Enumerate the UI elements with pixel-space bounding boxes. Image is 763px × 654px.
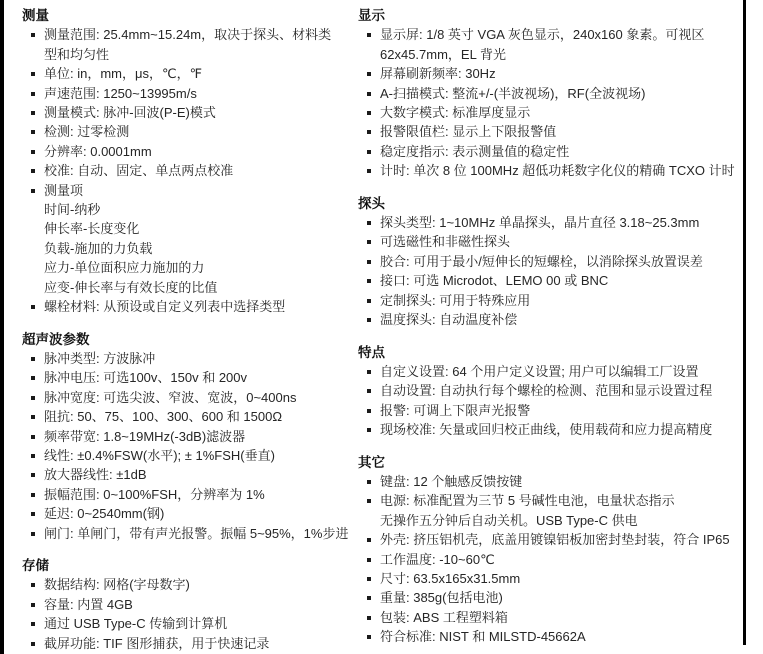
item-lines: 接口: 可选 Microdot、LEMO 00 或 BNC	[380, 271, 744, 290]
bullet-icon	[367, 150, 371, 154]
item-line: 应变-伸长率与有效长度的比值	[44, 278, 344, 297]
spec-item: 自定义设置: 64 个用户定义设置; 用户可以编辑工厂设置	[358, 362, 744, 381]
spec-section: 测量 测量范围: 25.4mm~15.24m，取决于探头、材料类型和均匀性 单位…	[22, 6, 344, 317]
bullet-icon	[31, 189, 35, 193]
spec-item: 重量: 385g(包括电池)	[358, 588, 744, 607]
item-lines: 测量项时间-纳秒伸长率-长度变化负载-施加的力负载应力-单位面积应力施加的力应变…	[44, 181, 344, 297]
item-lines: 容量: 内置 4GB	[44, 595, 344, 614]
item-line: 线性: ±0.4%FSW(水平); ± 1%FSH(垂直)	[44, 446, 344, 465]
spec-item: A-扫描模式: 整流+/-(半波视场)，RF(全波视场)	[358, 84, 744, 103]
item-lines: 振幅范围: 0~100%FSH，分辨率为 1%	[44, 485, 344, 504]
spec-section: 特点 自定义设置: 64 个用户定义设置; 用户可以编辑工厂设置 自动设置: 自…	[358, 343, 744, 440]
spec-item: 频率带宽: 1.8~19MHz(-3dB)滤波器	[22, 427, 344, 446]
spec-item: 符合标准: NIST 和 MILSTD-45662A	[358, 627, 744, 646]
item-lines: 键盘: 12 个触感反馈按键	[380, 472, 744, 491]
spec-section: 超声波参数 脉冲类型: 方波脉冲 脉冲电压: 可选100v、150v 和 200…	[22, 330, 344, 543]
spec-item: 单位: in，mm，μs，℃，℉	[22, 64, 344, 83]
item-line: 螺栓材料: 从预设或自定义列表中选择类型	[44, 297, 344, 316]
bullet-icon	[367, 33, 371, 37]
bullet-icon	[31, 376, 35, 380]
spec-item: 温度探头: 自动温度补偿	[358, 310, 744, 329]
section-heading: 存储	[22, 556, 344, 575]
bullet-icon	[31, 583, 35, 587]
spec-section: 显示 显示屏: 1/8 英寸 VGA 灰色显示，240x160 象素。可视区62…	[358, 6, 744, 181]
bullet-icon	[367, 409, 371, 413]
item-line: 重量: 385g(包括电池)	[380, 588, 744, 607]
spec-column-left: 测量 测量范围: 25.4mm~15.24m，取决于探头、材料类型和均匀性 单位…	[22, 6, 344, 653]
spec-item: 声速范围: 1250~13995m/s	[22, 84, 344, 103]
bullet-icon	[367, 318, 371, 322]
item-lines: 重量: 385g(包括电池)	[380, 588, 744, 607]
spec-item: 屏幕刷新频率: 30Hz	[358, 64, 744, 83]
item-line: 62x45.7mm，EL 背光	[380, 45, 744, 64]
bullet-icon	[367, 111, 371, 115]
item-lines: 外壳: 挤压铝机壳，底盖用镀镍铝板加密封垫封装，符合 IP65	[380, 530, 744, 549]
spec-item: 振幅范围: 0~100%FSH，分辨率为 1%	[22, 485, 344, 504]
item-line: 测量范围: 25.4mm~15.24m，取决于探头、材料类	[44, 25, 344, 44]
bullet-icon	[367, 577, 371, 581]
spec-item: 延迟: 0~2540mm(钢)	[22, 504, 344, 523]
item-lines: 闸门: 单闸门，带有声光报警。振幅 5~95%，1%步进	[44, 524, 344, 543]
item-line: 大数字模式: 标准厚度显示	[380, 103, 744, 122]
spec-sheet: 测量 测量范围: 25.4mm~15.24m，取决于探头、材料类型和均匀性 单位…	[0, 0, 763, 654]
spec-item: 可选磁性和非磁性探头	[358, 232, 744, 251]
item-line: 稳定度指示: 表示测量值的稳定性	[380, 142, 744, 161]
item-lines: 可选磁性和非磁性探头	[380, 232, 744, 251]
bullet-icon	[31, 111, 35, 115]
spec-item: 测量模式: 脉冲-回波(P-E)模式	[22, 103, 344, 122]
item-line: 报警限值栏: 显示上下限报警值	[380, 122, 744, 141]
item-lines: 测量模式: 脉冲-回波(P-E)模式	[44, 103, 344, 122]
bullet-icon	[367, 279, 371, 283]
item-line: 数据结构: 网格(字母数字)	[44, 575, 344, 594]
item-line: 可选磁性和非磁性探头	[380, 232, 744, 251]
section-heading: 探头	[358, 194, 744, 213]
section-items: 键盘: 12 个触感反馈按键 电源: 标准配置为三节 5 号碱性电池，电量状态指…	[358, 472, 744, 647]
bullet-icon	[367, 480, 371, 484]
spec-section: 存储 数据结构: 网格(字母数字) 容量: 内置 4GB 通过 USB Type…	[22, 556, 344, 653]
item-lines: 尺寸: 63.5x165x31.5mm	[380, 569, 744, 588]
item-line: 容量: 内置 4GB	[44, 595, 344, 614]
spec-item: 尺寸: 63.5x165x31.5mm	[358, 569, 744, 588]
spec-item: 键盘: 12 个触感反馈按键	[358, 472, 744, 491]
spec-item: 稳定度指示: 表示测量值的稳定性	[358, 142, 744, 161]
spec-item: 测量范围: 25.4mm~15.24m，取决于探头、材料类型和均匀性	[22, 25, 344, 64]
section-heading: 其它	[358, 453, 744, 472]
item-lines: 分辨率: 0.0001mm	[44, 142, 344, 161]
bullet-icon	[367, 428, 371, 432]
item-lines: 测量范围: 25.4mm~15.24m，取决于探头、材料类型和均匀性	[44, 25, 344, 64]
bullet-icon	[367, 240, 371, 244]
spec-item: 定制探头: 可用于特殊应用	[358, 291, 744, 310]
item-line: 包装: ABS 工程塑料箱	[380, 608, 744, 627]
bullet-icon	[367, 299, 371, 303]
bullet-icon	[367, 92, 371, 96]
section-items: 测量范围: 25.4mm~15.24m，取决于探头、材料类型和均匀性 单位: i…	[22, 25, 344, 316]
spec-item: 校准: 自动、固定、单点两点校准	[22, 161, 344, 180]
spec-item: 现场校准: 矢量或回归校正曲线，使用载荷和应力提高精度	[358, 420, 744, 439]
section-items: 显示屏: 1/8 英寸 VGA 灰色显示，240x160 象素。可视区62x45…	[358, 25, 744, 180]
bullet-icon	[367, 370, 371, 374]
item-lines: 脉冲电压: 可选100v、150v 和 200v	[44, 368, 344, 387]
item-lines: 声速范围: 1250~13995m/s	[44, 84, 344, 103]
spec-item: 报警: 可调上下限声光报警	[358, 401, 744, 420]
bullet-icon	[31, 396, 35, 400]
item-line: 通过 USB Type-C 传输到计算机	[44, 614, 344, 633]
item-line: 闸门: 单闸门，带有声光报警。振幅 5~95%，1%步进	[44, 524, 344, 543]
spec-item: 胶合: 可用于最小/短伸长的短螺栓，以消除探头放置误差	[358, 252, 744, 271]
item-lines: 现场校准: 矢量或回归校正曲线，使用载荷和应力提高精度	[380, 420, 744, 439]
item-line: 接口: 可选 Microdot、LEMO 00 或 BNC	[380, 271, 744, 290]
item-line: A-扫描模式: 整流+/-(半波视场)，RF(全波视场)	[380, 84, 744, 103]
spec-item: 探头类型: 1~10MHz 单晶探头，晶片直径 3.18~25.3mm	[358, 213, 744, 232]
item-line: 计时: 单次 8 位 100MHz 超低功耗数字化仪的精确 TCXO 计时	[380, 161, 744, 180]
item-lines: 数据结构: 网格(字母数字)	[44, 575, 344, 594]
spec-item: 检测: 过零检测	[22, 122, 344, 141]
item-lines: 单位: in，mm，μs，℃，℉	[44, 64, 344, 83]
item-lines: 胶合: 可用于最小/短伸长的短螺栓，以消除探头放置误差	[380, 252, 744, 271]
item-line: 探头类型: 1~10MHz 单晶探头，晶片直径 3.18~25.3mm	[380, 213, 744, 232]
item-line: 阻抗: 50、75、100、300、600 和 1500Ω	[44, 407, 344, 426]
item-line: 外壳: 挤压铝机壳，底盖用镀镍铝板加密封垫封装，符合 IP65	[380, 530, 744, 549]
spec-item: 接口: 可选 Microdot、LEMO 00 或 BNC	[358, 271, 744, 290]
item-lines: 脉冲宽度: 可选尖波、窄波、宽波，0~400ns	[44, 388, 344, 407]
bullet-icon	[367, 72, 371, 76]
spec-item: 自动设置: 自动执行每个螺栓的检测、范围和显示设置过程	[358, 381, 744, 400]
item-line: 报警: 可调上下限声光报警	[380, 401, 744, 420]
item-line: 温度探头: 自动温度补偿	[380, 310, 744, 329]
item-lines: 线性: ±0.4%FSW(水平); ± 1%FSH(垂直)	[44, 446, 344, 465]
bullet-icon	[31, 92, 35, 96]
item-line: 尺寸: 63.5x165x31.5mm	[380, 569, 744, 588]
bullet-icon	[31, 512, 35, 516]
item-line: 分辨率: 0.0001mm	[44, 142, 344, 161]
item-line: 无操作五分钟后自动关机。USB Type-C 供电	[380, 511, 744, 530]
item-line: 脉冲宽度: 可选尖波、窄波、宽波，0~400ns	[44, 388, 344, 407]
item-line: 频率带宽: 1.8~19MHz(-3dB)滤波器	[44, 427, 344, 446]
item-lines: 包装: ABS 工程塑料箱	[380, 608, 744, 627]
item-line: 工作温度: -10~60℃	[380, 550, 744, 569]
spec-item: 包装: ABS 工程塑料箱	[358, 608, 744, 627]
item-lines: 计时: 单次 8 位 100MHz 超低功耗数字化仪的精确 TCXO 计时	[380, 161, 744, 180]
item-lines: A-扫描模式: 整流+/-(半波视场)，RF(全波视场)	[380, 84, 744, 103]
item-lines: 检测: 过零检测	[44, 122, 344, 141]
item-line: 单位: in，mm，μs，℃，℉	[44, 64, 344, 83]
item-line: 时间-纳秒	[44, 200, 344, 219]
item-line: 屏幕刷新频率: 30Hz	[380, 64, 744, 83]
item-lines: 自定义设置: 64 个用户定义设置; 用户可以编辑工厂设置	[380, 362, 744, 381]
spec-item: 螺栓材料: 从预设或自定义列表中选择类型	[22, 297, 344, 316]
spec-item: 闸门: 单闸门，带有声光报警。振幅 5~95%，1%步进	[22, 524, 344, 543]
item-line: 符合标准: NIST 和 MILSTD-45662A	[380, 627, 744, 646]
bullet-icon	[31, 642, 35, 646]
bullet-icon	[367, 499, 371, 503]
item-lines: 温度探头: 自动温度补偿	[380, 310, 744, 329]
item-line: 脉冲类型: 方波脉冲	[44, 349, 344, 368]
bullet-icon	[367, 130, 371, 134]
bullet-icon	[367, 221, 371, 225]
bullet-icon	[31, 454, 35, 458]
item-line: 脉冲电压: 可选100v、150v 和 200v	[44, 368, 344, 387]
item-lines: 定制探头: 可用于特殊应用	[380, 291, 744, 310]
bullet-icon	[31, 169, 35, 173]
item-line: 测量模式: 脉冲-回波(P-E)模式	[44, 103, 344, 122]
item-line: 现场校准: 矢量或回归校正曲线，使用载荷和应力提高精度	[380, 420, 744, 439]
item-line: 键盘: 12 个触感反馈按键	[380, 472, 744, 491]
item-lines: 校准: 自动、固定、单点两点校准	[44, 161, 344, 180]
item-lines: 符合标准: NIST 和 MILSTD-45662A	[380, 627, 744, 646]
bullet-icon	[367, 616, 371, 620]
spec-item: 测量项时间-纳秒伸长率-长度变化负载-施加的力负载应力-单位面积应力施加的力应变…	[22, 181, 344, 297]
item-lines: 屏幕刷新频率: 30Hz	[380, 64, 744, 83]
bullet-icon	[367, 635, 371, 639]
item-line: 振幅范围: 0~100%FSH，分辨率为 1%	[44, 485, 344, 504]
item-lines: 探头类型: 1~10MHz 单晶探头，晶片直径 3.18~25.3mm	[380, 213, 744, 232]
section-items: 探头类型: 1~10MHz 单晶探头，晶片直径 3.18~25.3mm 可选磁性…	[358, 213, 744, 329]
bullet-icon	[367, 596, 371, 600]
bullet-icon	[367, 260, 371, 264]
spec-item: 数据结构: 网格(字母数字)	[22, 575, 344, 594]
item-lines: 报警: 可调上下限声光报警	[380, 401, 744, 420]
item-line: 胶合: 可用于最小/短伸长的短螺栓，以消除探头放置误差	[380, 252, 744, 271]
item-line: 定制探头: 可用于特殊应用	[380, 291, 744, 310]
spec-section: 其它 键盘: 12 个触感反馈按键 电源: 标准配置为三节 5 号碱性电池，电量…	[358, 453, 744, 647]
item-lines: 稳定度指示: 表示测量值的稳定性	[380, 142, 744, 161]
spec-item: 阻抗: 50、75、100、300、600 和 1500Ω	[22, 407, 344, 426]
page-border-left	[0, 0, 4, 654]
bullet-icon	[31, 33, 35, 37]
spec-item: 工作温度: -10~60℃	[358, 550, 744, 569]
item-line: 校准: 自动、固定、单点两点校准	[44, 161, 344, 180]
item-lines: 电源: 标准配置为三节 5 号碱性电池，电量状态指示无操作五分钟后自动关机。US…	[380, 491, 744, 530]
bullet-icon	[31, 305, 35, 309]
item-line: 测量项	[44, 181, 344, 200]
item-lines: 延迟: 0~2540mm(钢)	[44, 504, 344, 523]
bullet-icon	[367, 538, 371, 542]
item-lines: 截屏功能: TIF 图形捕获，用于快速记录	[44, 634, 344, 653]
bullet-icon	[31, 493, 35, 497]
bullet-icon	[31, 473, 35, 477]
spec-column-right: 显示 显示屏: 1/8 英寸 VGA 灰色显示，240x160 象素。可视区62…	[358, 6, 744, 647]
item-line: 自定义设置: 64 个用户定义设置; 用户可以编辑工厂设置	[380, 362, 744, 381]
spec-columns: 测量 测量范围: 25.4mm~15.24m，取决于探头、材料类型和均匀性 单位…	[22, 6, 744, 653]
item-line: 显示屏: 1/8 英寸 VGA 灰色显示，240x160 象素。可视区	[380, 25, 744, 44]
item-line: 电源: 标准配置为三节 5 号碱性电池，电量状态指示	[380, 491, 744, 510]
item-line: 应力-单位面积应力施加的力	[44, 258, 344, 277]
section-heading: 超声波参数	[22, 330, 344, 349]
item-line: 放大器线性: ±1dB	[44, 465, 344, 484]
spec-item: 线性: ±0.4%FSW(水平); ± 1%FSH(垂直)	[22, 446, 344, 465]
item-lines: 通过 USB Type-C 传输到计算机	[44, 614, 344, 633]
bullet-icon	[367, 169, 371, 173]
item-line: 检测: 过零检测	[44, 122, 344, 141]
section-items: 自定义设置: 64 个用户定义设置; 用户可以编辑工厂设置 自动设置: 自动执行…	[358, 362, 744, 440]
spec-section: 探头 探头类型: 1~10MHz 单晶探头，晶片直径 3.18~25.3mm 可…	[358, 194, 744, 330]
bullet-icon	[367, 558, 371, 562]
bullet-icon	[31, 150, 35, 154]
section-items: 脉冲类型: 方波脉冲 脉冲电压: 可选100v、150v 和 200v 脉冲宽度…	[22, 349, 344, 543]
item-lines: 自动设置: 自动执行每个螺栓的检测、范围和显示设置过程	[380, 381, 744, 400]
spec-item: 显示屏: 1/8 英寸 VGA 灰色显示，240x160 象素。可视区62x45…	[358, 25, 744, 64]
item-lines: 大数字模式: 标准厚度显示	[380, 103, 744, 122]
item-line: 伸长率-长度变化	[44, 219, 344, 238]
bullet-icon	[31, 603, 35, 607]
spec-item: 容量: 内置 4GB	[22, 595, 344, 614]
spec-item: 脉冲电压: 可选100v、150v 和 200v	[22, 368, 344, 387]
bullet-icon	[31, 622, 35, 626]
section-heading: 显示	[358, 6, 744, 25]
item-lines: 螺栓材料: 从预设或自定义列表中选择类型	[44, 297, 344, 316]
section-heading: 测量	[22, 6, 344, 25]
spec-item: 通过 USB Type-C 传输到计算机	[22, 614, 344, 633]
item-line: 延迟: 0~2540mm(钢)	[44, 504, 344, 523]
bullet-icon	[31, 435, 35, 439]
item-lines: 频率带宽: 1.8~19MHz(-3dB)滤波器	[44, 427, 344, 446]
item-lines: 显示屏: 1/8 英寸 VGA 灰色显示，240x160 象素。可视区62x45…	[380, 25, 744, 64]
bullet-icon	[31, 532, 35, 536]
spec-item: 电源: 标准配置为三节 5 号碱性电池，电量状态指示无操作五分钟后自动关机。US…	[358, 491, 744, 530]
spec-item: 外壳: 挤压铝机壳，底盖用镀镍铝板加密封垫封装，符合 IP65	[358, 530, 744, 549]
bullet-icon	[31, 130, 35, 134]
bullet-icon	[31, 72, 35, 76]
bullet-icon	[31, 415, 35, 419]
bullet-icon	[31, 357, 35, 361]
item-lines: 工作温度: -10~60℃	[380, 550, 744, 569]
section-heading: 特点	[358, 343, 744, 362]
spec-item: 计时: 单次 8 位 100MHz 超低功耗数字化仪的精确 TCXO 计时	[358, 161, 744, 180]
spec-item: 脉冲类型: 方波脉冲	[22, 349, 344, 368]
item-line: 负载-施加的力负载	[44, 239, 344, 258]
item-line: 自动设置: 自动执行每个螺栓的检测、范围和显示设置过程	[380, 381, 744, 400]
item-lines: 脉冲类型: 方波脉冲	[44, 349, 344, 368]
spec-item: 放大器线性: ±1dB	[22, 465, 344, 484]
item-line: 声速范围: 1250~13995m/s	[44, 84, 344, 103]
item-lines: 放大器线性: ±1dB	[44, 465, 344, 484]
item-lines: 报警限值栏: 显示上下限报警值	[380, 122, 744, 141]
spec-item: 脉冲宽度: 可选尖波、窄波、宽波，0~400ns	[22, 388, 344, 407]
bullet-icon	[367, 389, 371, 393]
spec-item: 分辨率: 0.0001mm	[22, 142, 344, 161]
item-line: 型和均匀性	[44, 45, 344, 64]
item-line: 截屏功能: TIF 图形捕获，用于快速记录	[44, 634, 344, 653]
item-lines: 阻抗: 50、75、100、300、600 和 1500Ω	[44, 407, 344, 426]
spec-item: 报警限值栏: 显示上下限报警值	[358, 122, 744, 141]
section-items: 数据结构: 网格(字母数字) 容量: 内置 4GB 通过 USB Type-C …	[22, 575, 344, 653]
spec-item: 大数字模式: 标准厚度显示	[358, 103, 744, 122]
spec-item: 截屏功能: TIF 图形捕获，用于快速记录	[22, 634, 344, 653]
